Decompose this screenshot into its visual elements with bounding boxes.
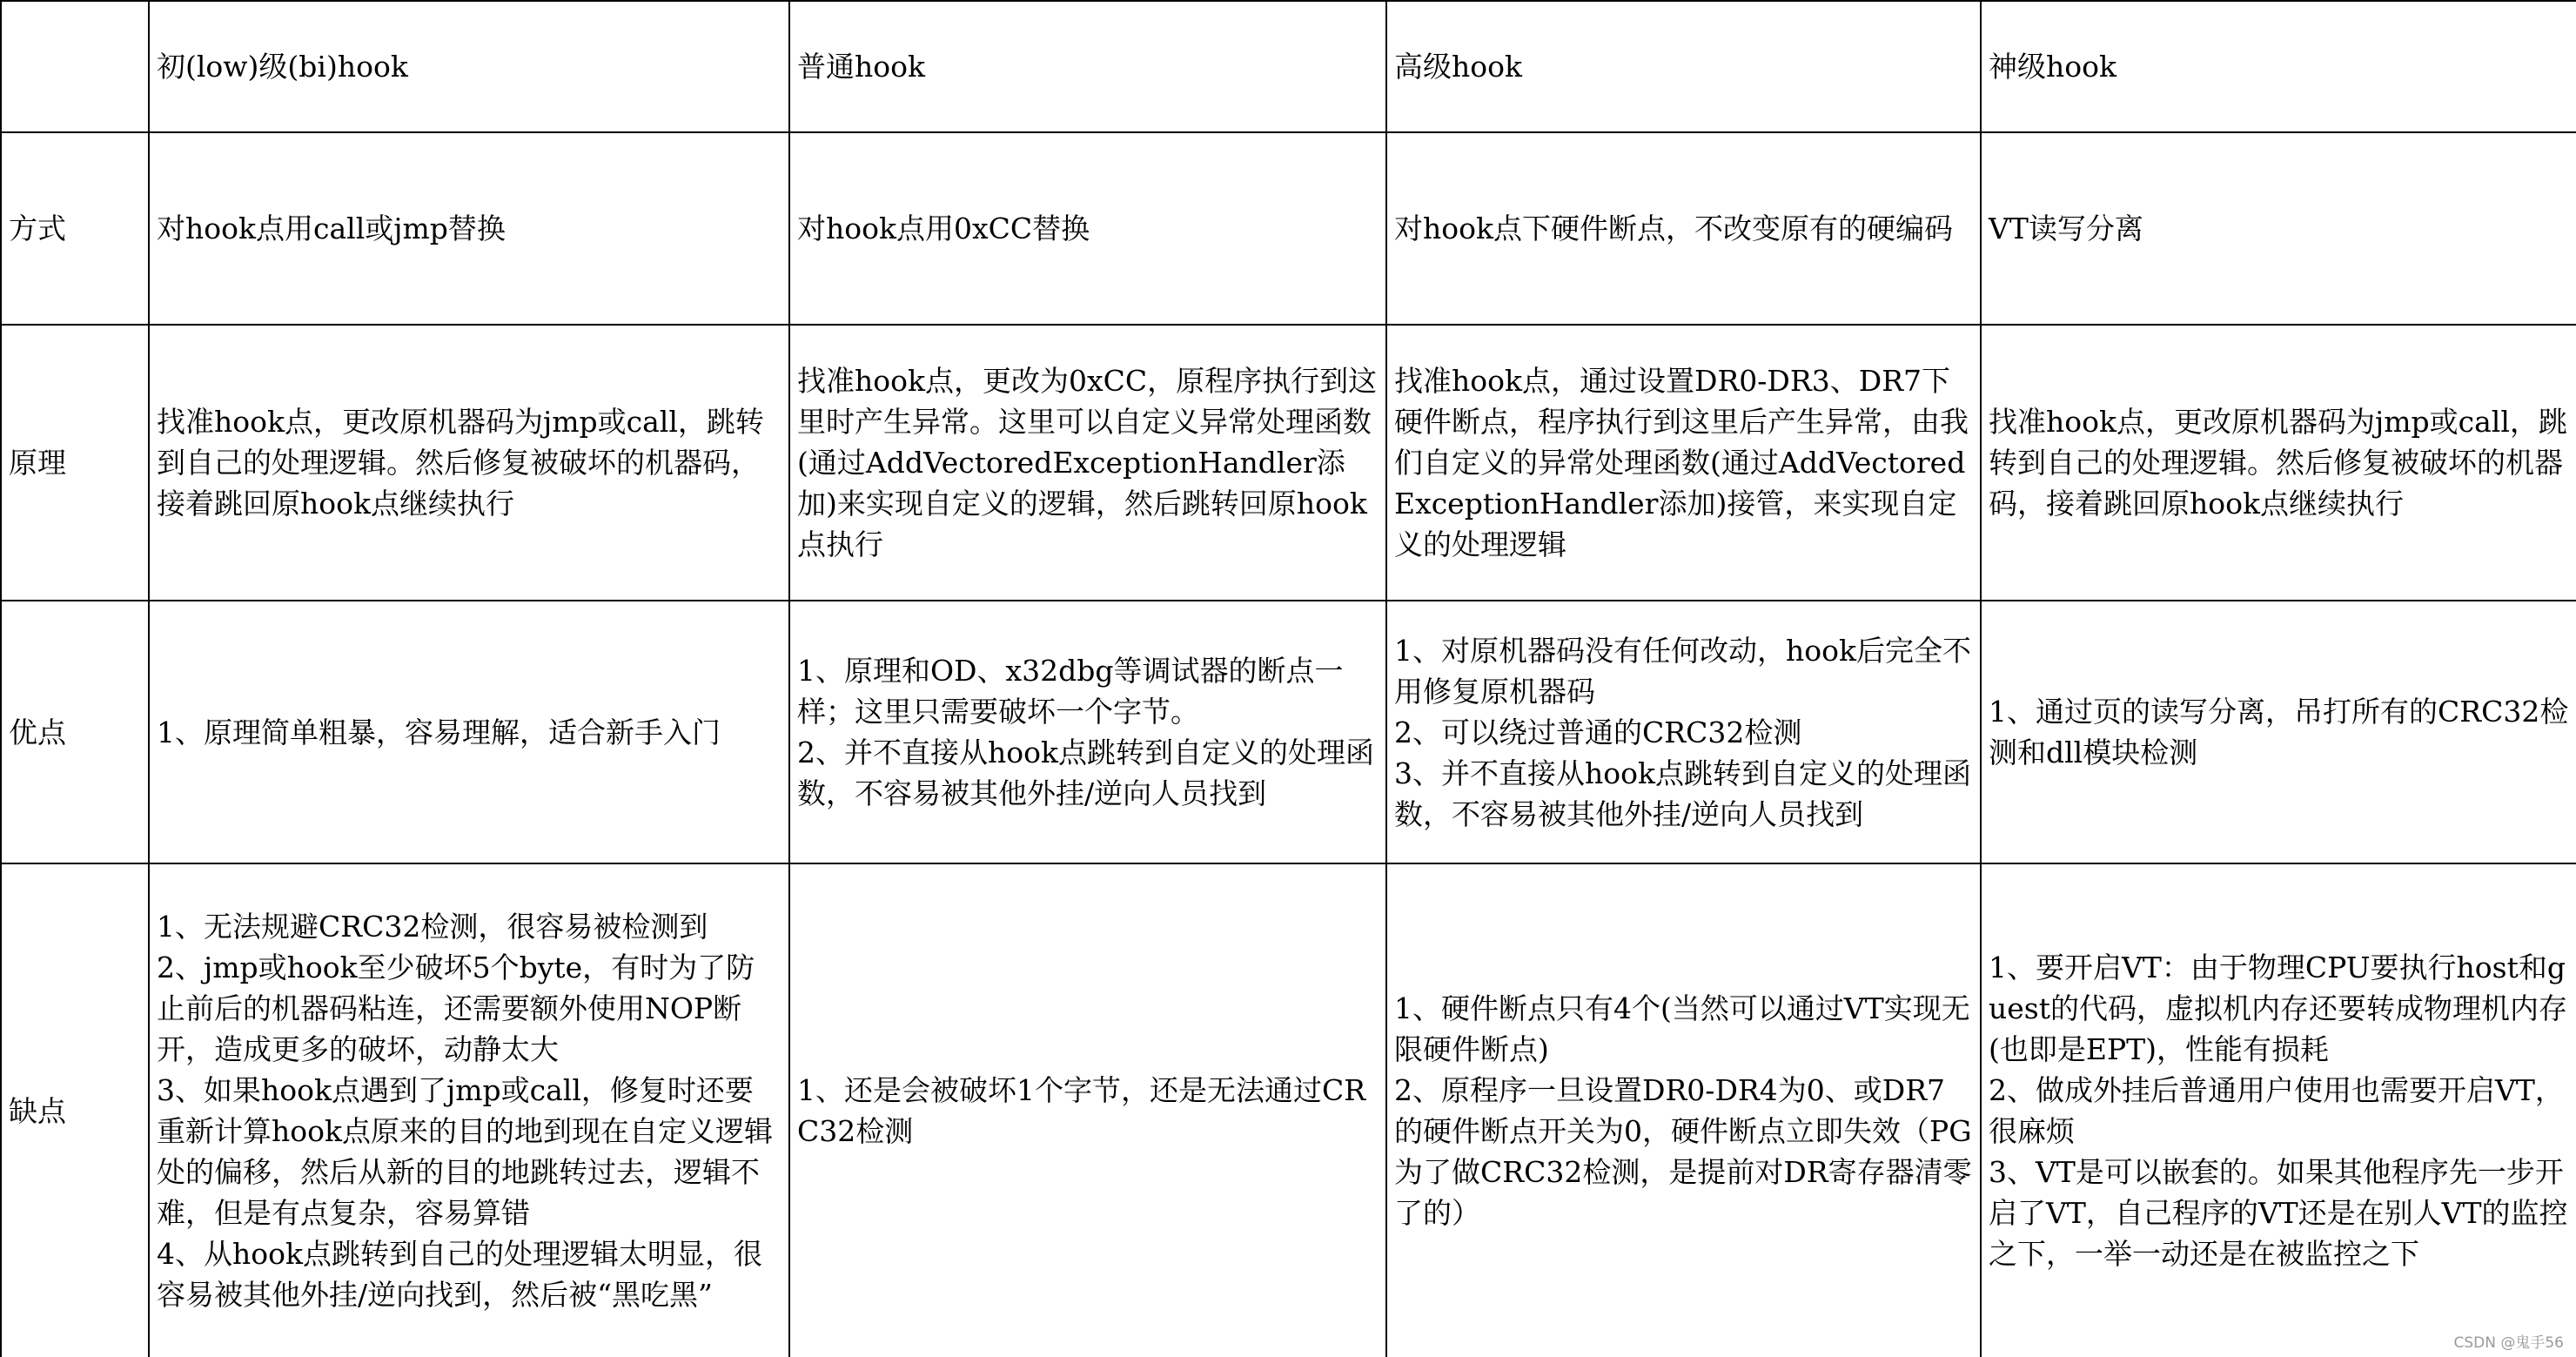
table-cell: 1、通过页的读写分离，吊打所有的CRC32检测和dll模块检测 xyxy=(1981,601,2576,863)
header-basic-hook: 初(low)级(bi)hook xyxy=(149,1,789,132)
watermark: CSDN @鬼手56 xyxy=(2453,1330,2564,1352)
table-cell: 对hook点用call或jmp替换 xyxy=(149,132,789,325)
table-cell: 1、原理和OD、x32dbg等调试器的断点一样；这里只需要破坏一个字节。 2、并… xyxy=(789,601,1386,863)
table-cell: 对hook点用0xCC替换 xyxy=(789,132,1386,325)
hook-comparison-table: 初(low)级(bi)hook 普通hook 高级hook 神级hook 方式 … xyxy=(0,0,2576,1357)
table-cell: 1、要开启VT：由于物理CPU要执行host和guest的代码，虚拟机内存还要转… xyxy=(1981,863,2576,1357)
table-row-cons: 缺点 1、无法规避CRC32检测，很容易被检测到 2、jmp或hook至少破坏5… xyxy=(1,863,2576,1357)
header-corner-cell xyxy=(1,1,149,132)
table-row-pros: 优点 1、原理简单粗暴，容易理解，适合新手入门 1、原理和OD、x32dbg等调… xyxy=(1,601,2576,863)
table-cell: 对hook点下硬件断点，不改变原有的硬编码 xyxy=(1386,132,1981,325)
table-row-method: 方式 对hook点用call或jmp替换 对hook点用0xCC替换 对hook… xyxy=(1,132,2576,325)
header-advanced-hook: 高级hook xyxy=(1386,1,1981,132)
table-cell: 找准hook点，更改为0xCC，原程序执行到这里时产生异常。这里可以自定义异常处… xyxy=(789,325,1386,601)
table-cell: 1、原理简单粗暴，容易理解，适合新手入门 xyxy=(149,601,789,863)
table-cell: 1、还是会被破坏1个字节，还是无法通过CRC32检测 xyxy=(789,863,1386,1357)
row-label: 方式 xyxy=(1,132,149,325)
table-cell: 1、对原机器码没有任何改动，hook后完全不用修复原机器码 2、可以绕过普通的C… xyxy=(1386,601,1981,863)
row-label: 缺点 xyxy=(1,863,149,1357)
table-cell: 1、硬件断点只有4个(当然可以通过VT实现无限硬件断点) 2、原程序一旦设置DR… xyxy=(1386,863,1981,1357)
table-cell: 找准hook点，通过设置DR0-DR3、DR7下硬件断点，程序执行到这里后产生异… xyxy=(1386,325,1981,601)
table-cell: VT读写分离 xyxy=(1981,132,2576,325)
row-label: 优点 xyxy=(1,601,149,863)
header-normal-hook: 普通hook xyxy=(789,1,1386,132)
header-row: 初(low)级(bi)hook 普通hook 高级hook 神级hook xyxy=(1,1,2576,132)
row-label: 原理 xyxy=(1,325,149,601)
table-row-principle: 原理 找准hook点，更改原机器码为jmp或call，跳转到自己的处理逻辑。然后… xyxy=(1,325,2576,601)
table-cell: 找准hook点，更改原机器码为jmp或call，跳转到自己的处理逻辑。然后修复被… xyxy=(1981,325,2576,601)
table-cell: 1、无法规避CRC32检测，很容易被检测到 2、jmp或hook至少破坏5个by… xyxy=(149,863,789,1357)
header-god-hook: 神级hook xyxy=(1981,1,2576,132)
table-cell: 找准hook点，更改原机器码为jmp或call，跳转到自己的处理逻辑。然后修复被… xyxy=(149,325,789,601)
